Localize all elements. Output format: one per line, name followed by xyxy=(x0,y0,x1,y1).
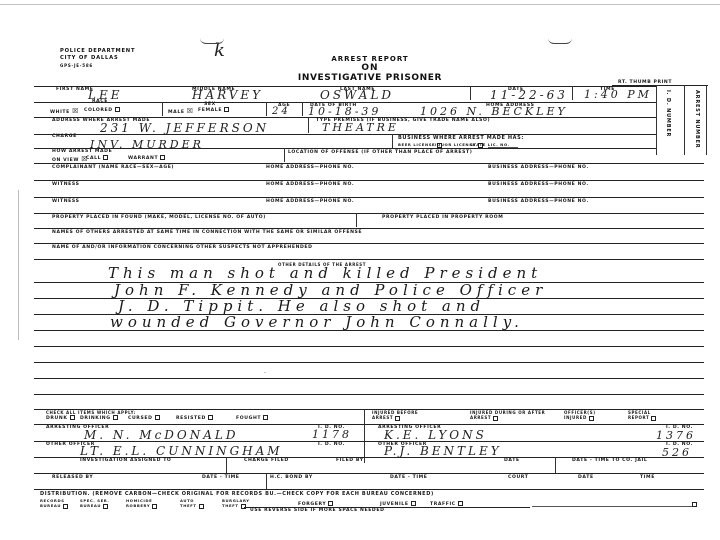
scan-edge-left xyxy=(18,190,19,340)
col-divider xyxy=(308,117,309,133)
row-line xyxy=(34,424,704,425)
race-white-option[interactable]: WHITE ☒ xyxy=(50,107,79,115)
drunk-checkbox[interactable] xyxy=(70,415,75,420)
sex-female-option[interactable]: FEMALE xyxy=(198,107,229,113)
injured-before-option[interactable]: INJURED BEFORE ARREST xyxy=(372,410,426,421)
col-divider xyxy=(266,473,267,489)
spec-ser-checkbox[interactable] xyxy=(103,504,108,509)
check-drinking[interactable]: DRINKING xyxy=(80,415,118,421)
race-colored-option[interactable]: COLORED xyxy=(84,107,120,113)
warrant-text: WARRANT xyxy=(128,156,158,161)
col-divider xyxy=(284,148,285,162)
arresting-officer-2-name[interactable]: K.E. LYONS xyxy=(384,428,487,442)
arresting-officer-1-name[interactable]: M. N. McDONALD xyxy=(84,428,239,442)
scan-mark-right xyxy=(548,38,572,44)
row-line xyxy=(34,134,656,135)
details-rule xyxy=(34,362,704,363)
details-line-4: wounded Governor John Connally. xyxy=(110,313,524,331)
witness2-label: WITNESS xyxy=(52,199,80,204)
col-divider xyxy=(226,457,227,473)
forgery-checkbox[interactable] xyxy=(328,501,333,506)
complainant-label: COMPLAINANT (NAME RACE—SEX—AGE) xyxy=(52,165,174,170)
bureau-records[interactable]: RECORDS BUREAU xyxy=(40,498,72,509)
id-no-label-3: I. D. NO. xyxy=(318,442,345,447)
charge-label: CHARGE xyxy=(52,134,77,139)
form-number: GPS-JE-586 xyxy=(60,62,135,69)
check-drinking-text: DRINKING xyxy=(80,416,111,421)
location-offense-label: LOCATION OF OFFENSE (IF OTHER THAN PLACE… xyxy=(288,150,472,155)
check-drunk[interactable]: DRUNK xyxy=(46,415,75,421)
premises-value[interactable]: THEATRE xyxy=(322,121,399,134)
bureau-auto-theft[interactable]: AUTO THEFT xyxy=(180,498,210,509)
sex-male-text: MALE xyxy=(168,110,185,115)
department-line-1: POLICE DEPARTMENT xyxy=(60,48,135,55)
witness1-business-label: BUSINESS ADDRESS—PHONE NO. xyxy=(488,182,589,187)
sex-female-checkbox[interactable] xyxy=(224,107,229,112)
thumb-divider-1 xyxy=(656,85,657,155)
col-divider xyxy=(302,102,303,116)
released-by-label: RELEASED BY xyxy=(52,475,93,480)
witness2-business-label: BUSINESS ADDRESS—PHONE NO. xyxy=(488,199,589,204)
reverse-side-note: USE REVERSE SIDE IF MORE SPACE NEEDED xyxy=(250,508,385,513)
witness1-label: WITNESS xyxy=(52,182,80,187)
col-divider xyxy=(392,134,393,148)
check-fought-text: FOUGHT xyxy=(236,416,261,421)
injured-during-checkbox[interactable] xyxy=(493,416,498,421)
complainant-home-label: HOME ADDRESS—PHONE NO. xyxy=(266,165,354,170)
arresting-officer-1-id[interactable]: 1178 xyxy=(312,428,352,441)
charge-filed-label: CHARGE FILED xyxy=(244,458,289,463)
complainant-business-label: BUSINESS ADDRESS—PHONE NO. xyxy=(488,165,589,170)
col-divider xyxy=(162,102,163,116)
last-name-value[interactable]: OSWALD xyxy=(320,88,394,102)
beer-license-text: BEER LICENSE xyxy=(398,142,435,147)
investigation-assigned-label: INVESTIGATION ASSIGNED TO xyxy=(80,458,171,463)
hc-bond-label: H.C. BOND BY xyxy=(270,475,313,480)
injured-before-checkbox[interactable] xyxy=(395,416,400,421)
call-option[interactable]: CALL xyxy=(86,155,108,161)
call-text: CALL xyxy=(86,156,101,161)
officers-injured-checkbox[interactable] xyxy=(589,416,594,421)
thumb-divider-3 xyxy=(706,85,707,155)
title-line-1: ARREST REPORT xyxy=(300,55,440,63)
sex-female-text: FEMALE xyxy=(198,108,222,113)
col-divider xyxy=(555,457,556,473)
other-suspects-label: NAME OF AND/OR INFORMATION CONCERNING OT… xyxy=(52,245,313,250)
check-drunk-text: DRUNK xyxy=(46,416,68,421)
col-divider xyxy=(356,213,357,227)
row-line xyxy=(34,473,704,474)
sex-male-check: ☒ xyxy=(187,107,194,115)
traffic-checkbox[interactable] xyxy=(458,501,463,506)
on-view-option[interactable]: ON VIEW ☒ xyxy=(52,155,88,163)
injured-during-text: INJURED DURING OR AFTER ARREST xyxy=(470,410,545,420)
details-line-1: This man shot and killed President xyxy=(108,264,542,282)
other-bureau-checkbox[interactable] xyxy=(692,502,697,507)
check-fought[interactable]: FOUGHT xyxy=(236,415,268,421)
check-resisted-text: RESISTED xyxy=(176,416,206,421)
special-report-text: SPECIAL REPORT xyxy=(628,410,651,420)
row-line xyxy=(34,197,704,198)
age-value[interactable]: 24 xyxy=(272,106,291,117)
special-report-option[interactable]: SPECIAL REPORT xyxy=(628,410,664,421)
col-divider xyxy=(266,102,267,116)
warrant-checkbox[interactable] xyxy=(160,155,165,160)
race-white-check: ☒ xyxy=(72,107,79,115)
officers-divider xyxy=(364,409,365,463)
court-date-label: DATE xyxy=(578,475,594,480)
records-checkbox[interactable] xyxy=(63,504,68,509)
sex-male-option[interactable]: MALE ☒ xyxy=(168,107,194,115)
details-rule xyxy=(34,394,704,395)
thumb-divider-2 xyxy=(684,85,685,155)
filed-by-label: FILED BY xyxy=(336,458,364,463)
col-divider xyxy=(470,86,471,100)
arrest-address-value[interactable]: 231 W. JEFFERSON xyxy=(100,121,269,135)
property-found-label: PROPERTY PLACED IN FOUND (MAKE, MODEL, L… xyxy=(52,215,266,220)
department-header: POLICE DEPARTMENT CITY OF DALLAS GPS-JE-… xyxy=(60,48,135,69)
how-arrest-label: HOW ARREST MADE xyxy=(52,149,112,154)
department-line-2: CITY OF DALLAS xyxy=(60,55,135,62)
call-checkbox[interactable] xyxy=(103,155,108,160)
row-line xyxy=(34,259,704,260)
other-bureau-line xyxy=(532,506,692,507)
auto-theft-checkbox[interactable] xyxy=(199,504,204,509)
bond-date-time-label: DATE - TIME xyxy=(390,475,428,480)
arrest-number-label: ARREST NUMBER xyxy=(694,90,700,148)
drinking-checkbox[interactable] xyxy=(113,415,118,420)
row-line xyxy=(34,180,704,181)
scan-edge-top xyxy=(0,4,720,5)
scan-mark-left xyxy=(200,38,224,44)
bureau-homicide[interactable]: HOMICIDE ROBBERY xyxy=(126,498,166,509)
other-officer-2-name[interactable]: P.J. BENTLEY xyxy=(384,444,502,458)
bureau-spec-ser[interactable]: SPEC. SER. BUREAU xyxy=(80,498,116,509)
bureau-auto-theft-text: AUTO THEFT xyxy=(180,498,197,508)
col-divider xyxy=(572,86,573,100)
other-officer-1-name[interactable]: LT. E.L. CUNNINGHAM xyxy=(80,444,283,458)
bureau-homicide-text: HOMICIDE ROBBERY xyxy=(126,498,152,508)
check-cursed[interactable]: CURSED xyxy=(128,415,160,421)
date-time-jail-label: DATE - TIME TO CO. JAIL xyxy=(572,458,647,463)
footer-date-label: DATE xyxy=(504,458,520,463)
date-value[interactable]: 11-22-63 xyxy=(490,88,568,102)
homicide-checkbox[interactable] xyxy=(152,504,157,509)
property-room-label: PROPERTY PLACED IN PROPERTY ROOM xyxy=(382,215,503,220)
race-label: RACE xyxy=(92,99,108,104)
race-colored-checkbox[interactable] xyxy=(115,107,120,112)
business-license-label: BUSINESS WHERE ARREST MADE HAS: xyxy=(398,135,524,141)
check-cursed-text: CURSED xyxy=(128,416,153,421)
others-arrested-label: NAMES OF OTHERS ARRESTED AT SAME TIME IN… xyxy=(52,230,362,235)
witness1-home-label: HOME ADDRESS—PHONE NO. xyxy=(266,182,354,187)
id-number-label: I. D. NUMBER xyxy=(665,90,671,137)
title-line-2: ON xyxy=(300,63,440,73)
witness2-home-label: HOME ADDRESS—PHONE NO. xyxy=(266,199,354,204)
page-title: INVESTIGATIVE PRISONER xyxy=(280,73,460,83)
race-colored-text: COLORED xyxy=(84,108,113,113)
race-white-text: WHITE xyxy=(50,110,70,115)
court-time-label: TIME xyxy=(640,475,655,480)
details-rule xyxy=(34,346,704,347)
special-report-checkbox[interactable] xyxy=(651,416,656,421)
fought-checkbox[interactable] xyxy=(263,415,268,420)
bureau-records-text: RECORDS BUREAU xyxy=(40,498,65,508)
resisted-checkbox[interactable] xyxy=(208,415,213,420)
distribution-label: DISTRIBUTION. (REMOVE CARBON—CHECK ORIGI… xyxy=(40,491,434,497)
released-date-time-label: DATE - TIME xyxy=(202,475,240,480)
officers-injured-option[interactable]: OFFICER(S) INJURED xyxy=(564,410,604,421)
row-line xyxy=(34,441,704,442)
details-rule xyxy=(34,330,704,331)
stray-mark: · xyxy=(264,370,266,377)
details-rule xyxy=(34,378,704,379)
injured-during-option[interactable]: INJURED DURING OR AFTER ARREST xyxy=(470,410,546,421)
juvenile-checkbox[interactable] xyxy=(411,501,416,506)
check-resisted[interactable]: RESISTED xyxy=(176,415,213,421)
cursed-checkbox[interactable] xyxy=(155,415,160,420)
middle-name-value[interactable]: HARVEY xyxy=(192,88,263,102)
warrant-option[interactable]: WARRANT xyxy=(128,155,165,161)
court-label: COURT xyxy=(508,475,528,480)
time-value[interactable]: 1:40 PM xyxy=(584,88,652,101)
